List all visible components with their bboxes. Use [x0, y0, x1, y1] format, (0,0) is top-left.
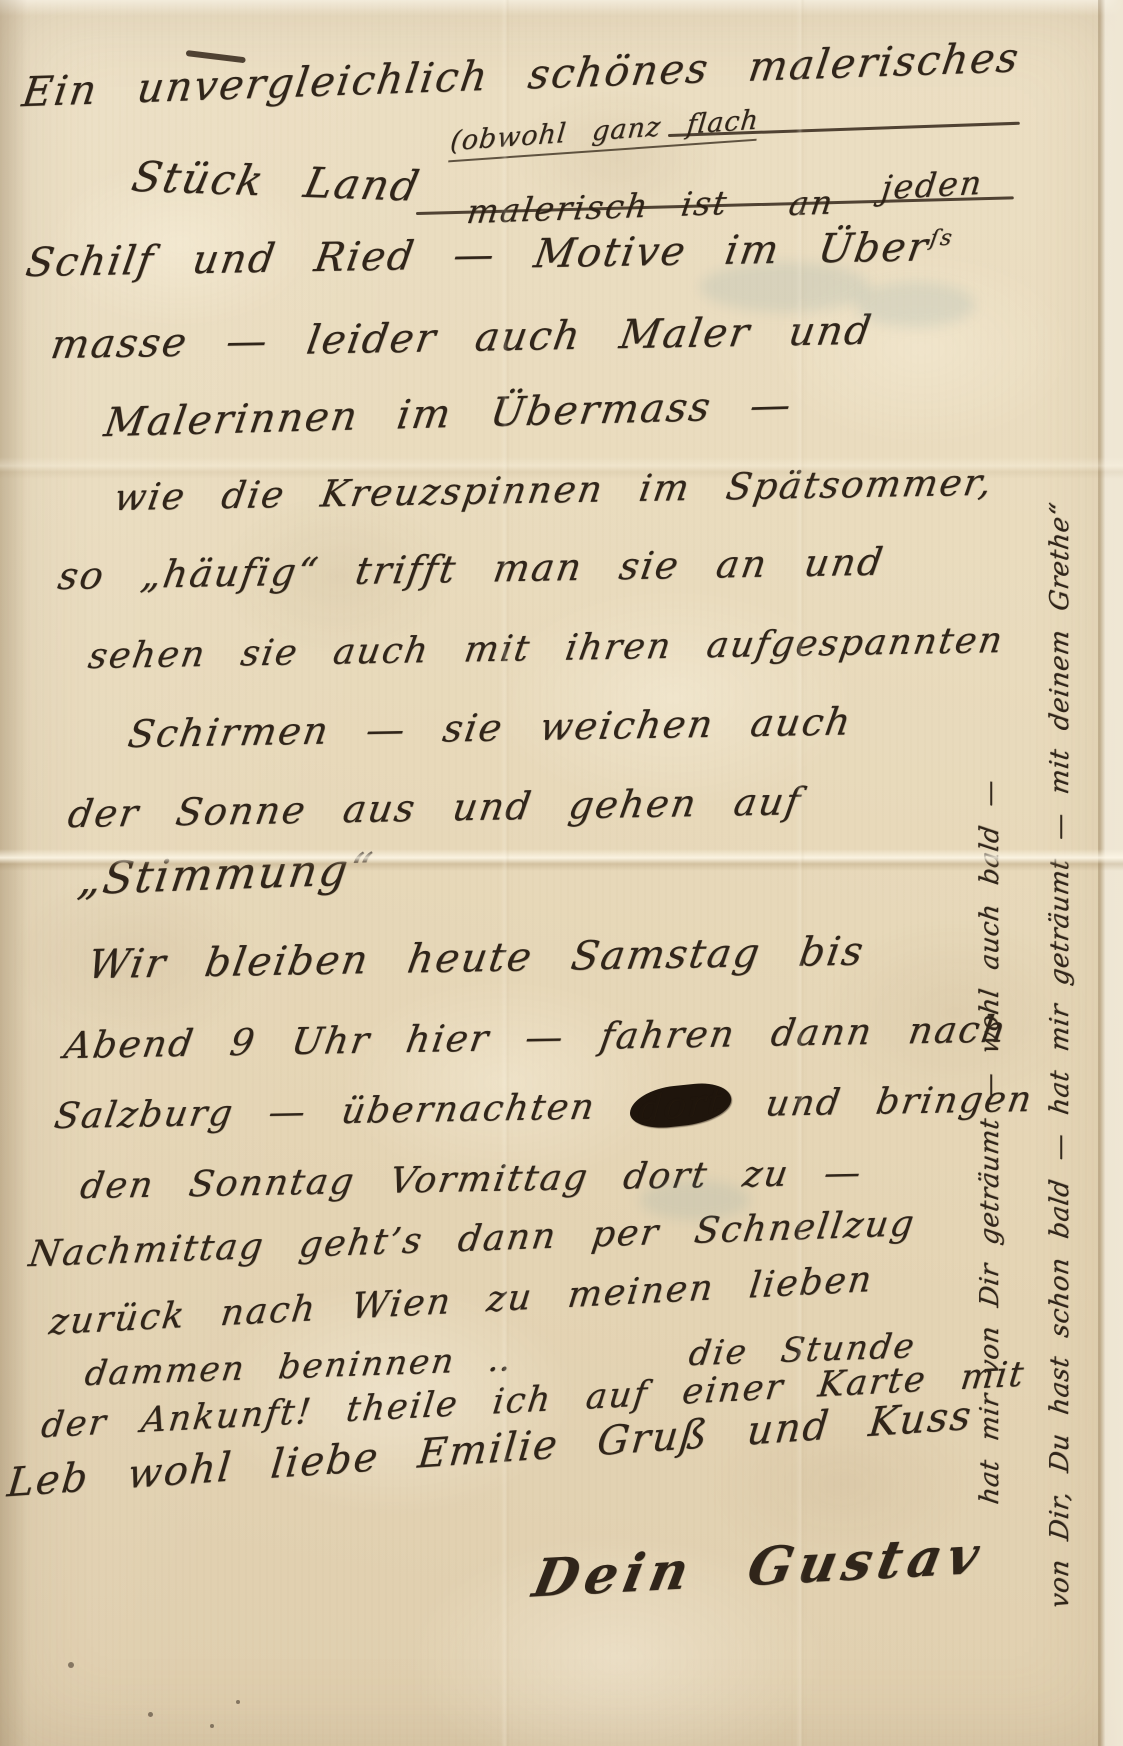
signature: Dein Gustav — [528, 1524, 990, 1609]
line-09: Schirmen — sie weichen auch — [125, 699, 855, 756]
line-08: sehen sie auch mit ihren aufgespannten — [85, 620, 1006, 677]
ink-speck — [210, 1724, 214, 1728]
line-04: masse — leider auch Maler und — [48, 308, 876, 368]
ink-show-through-stain — [640, 1180, 750, 1220]
ink-speck — [236, 1700, 240, 1704]
paper-top-edge — [0, 0, 1123, 16]
line-07: so „häufig“ trifft man sie an und — [55, 540, 887, 599]
line-12: Wir bleiben heute Samstag bis — [85, 928, 868, 988]
line-06: wie die Kreuzspinnen im Spätsommer, — [111, 461, 996, 519]
line-14: Salzburg — übernachten dort und bringen — [51, 1079, 1036, 1137]
ink-blot-strikeout: dort — [629, 1080, 733, 1131]
line-11: „Stimmung“ — [75, 844, 378, 906]
line-13: Abend 9 Uhr hier — fahren dann nach — [61, 1008, 1011, 1068]
paper-right-edge — [1098, 0, 1123, 1746]
line-02: Stück Land — [128, 152, 425, 211]
line-01: Ein unvergleichlich schönes malerisches — [19, 33, 1023, 116]
ink-speck — [148, 1712, 153, 1717]
letter-page: Ein unvergleichlich schönes malerischesS… — [0, 0, 1123, 1746]
ink-show-through-stain — [855, 282, 975, 327]
superscript-mark: ſs — [928, 225, 955, 250]
letter-word: Salzburg — übernachten — [51, 1086, 633, 1137]
ink-show-through-stain — [700, 262, 870, 312]
line-17: zurück nach Wien zu meinen lieben — [47, 1259, 876, 1343]
line-10: der Sonne aus und gehen auf — [65, 779, 805, 836]
ink-speck — [68, 1662, 74, 1668]
margin-line-inner: hat mir von Dir geträumt — wohl auch bal… — [975, 778, 1005, 1506]
line-05: Malerinnen im Übermass — — [101, 382, 796, 446]
margin-line-outer: von Dir, Du hast schon bald — hat mir ge… — [1045, 501, 1075, 1611]
